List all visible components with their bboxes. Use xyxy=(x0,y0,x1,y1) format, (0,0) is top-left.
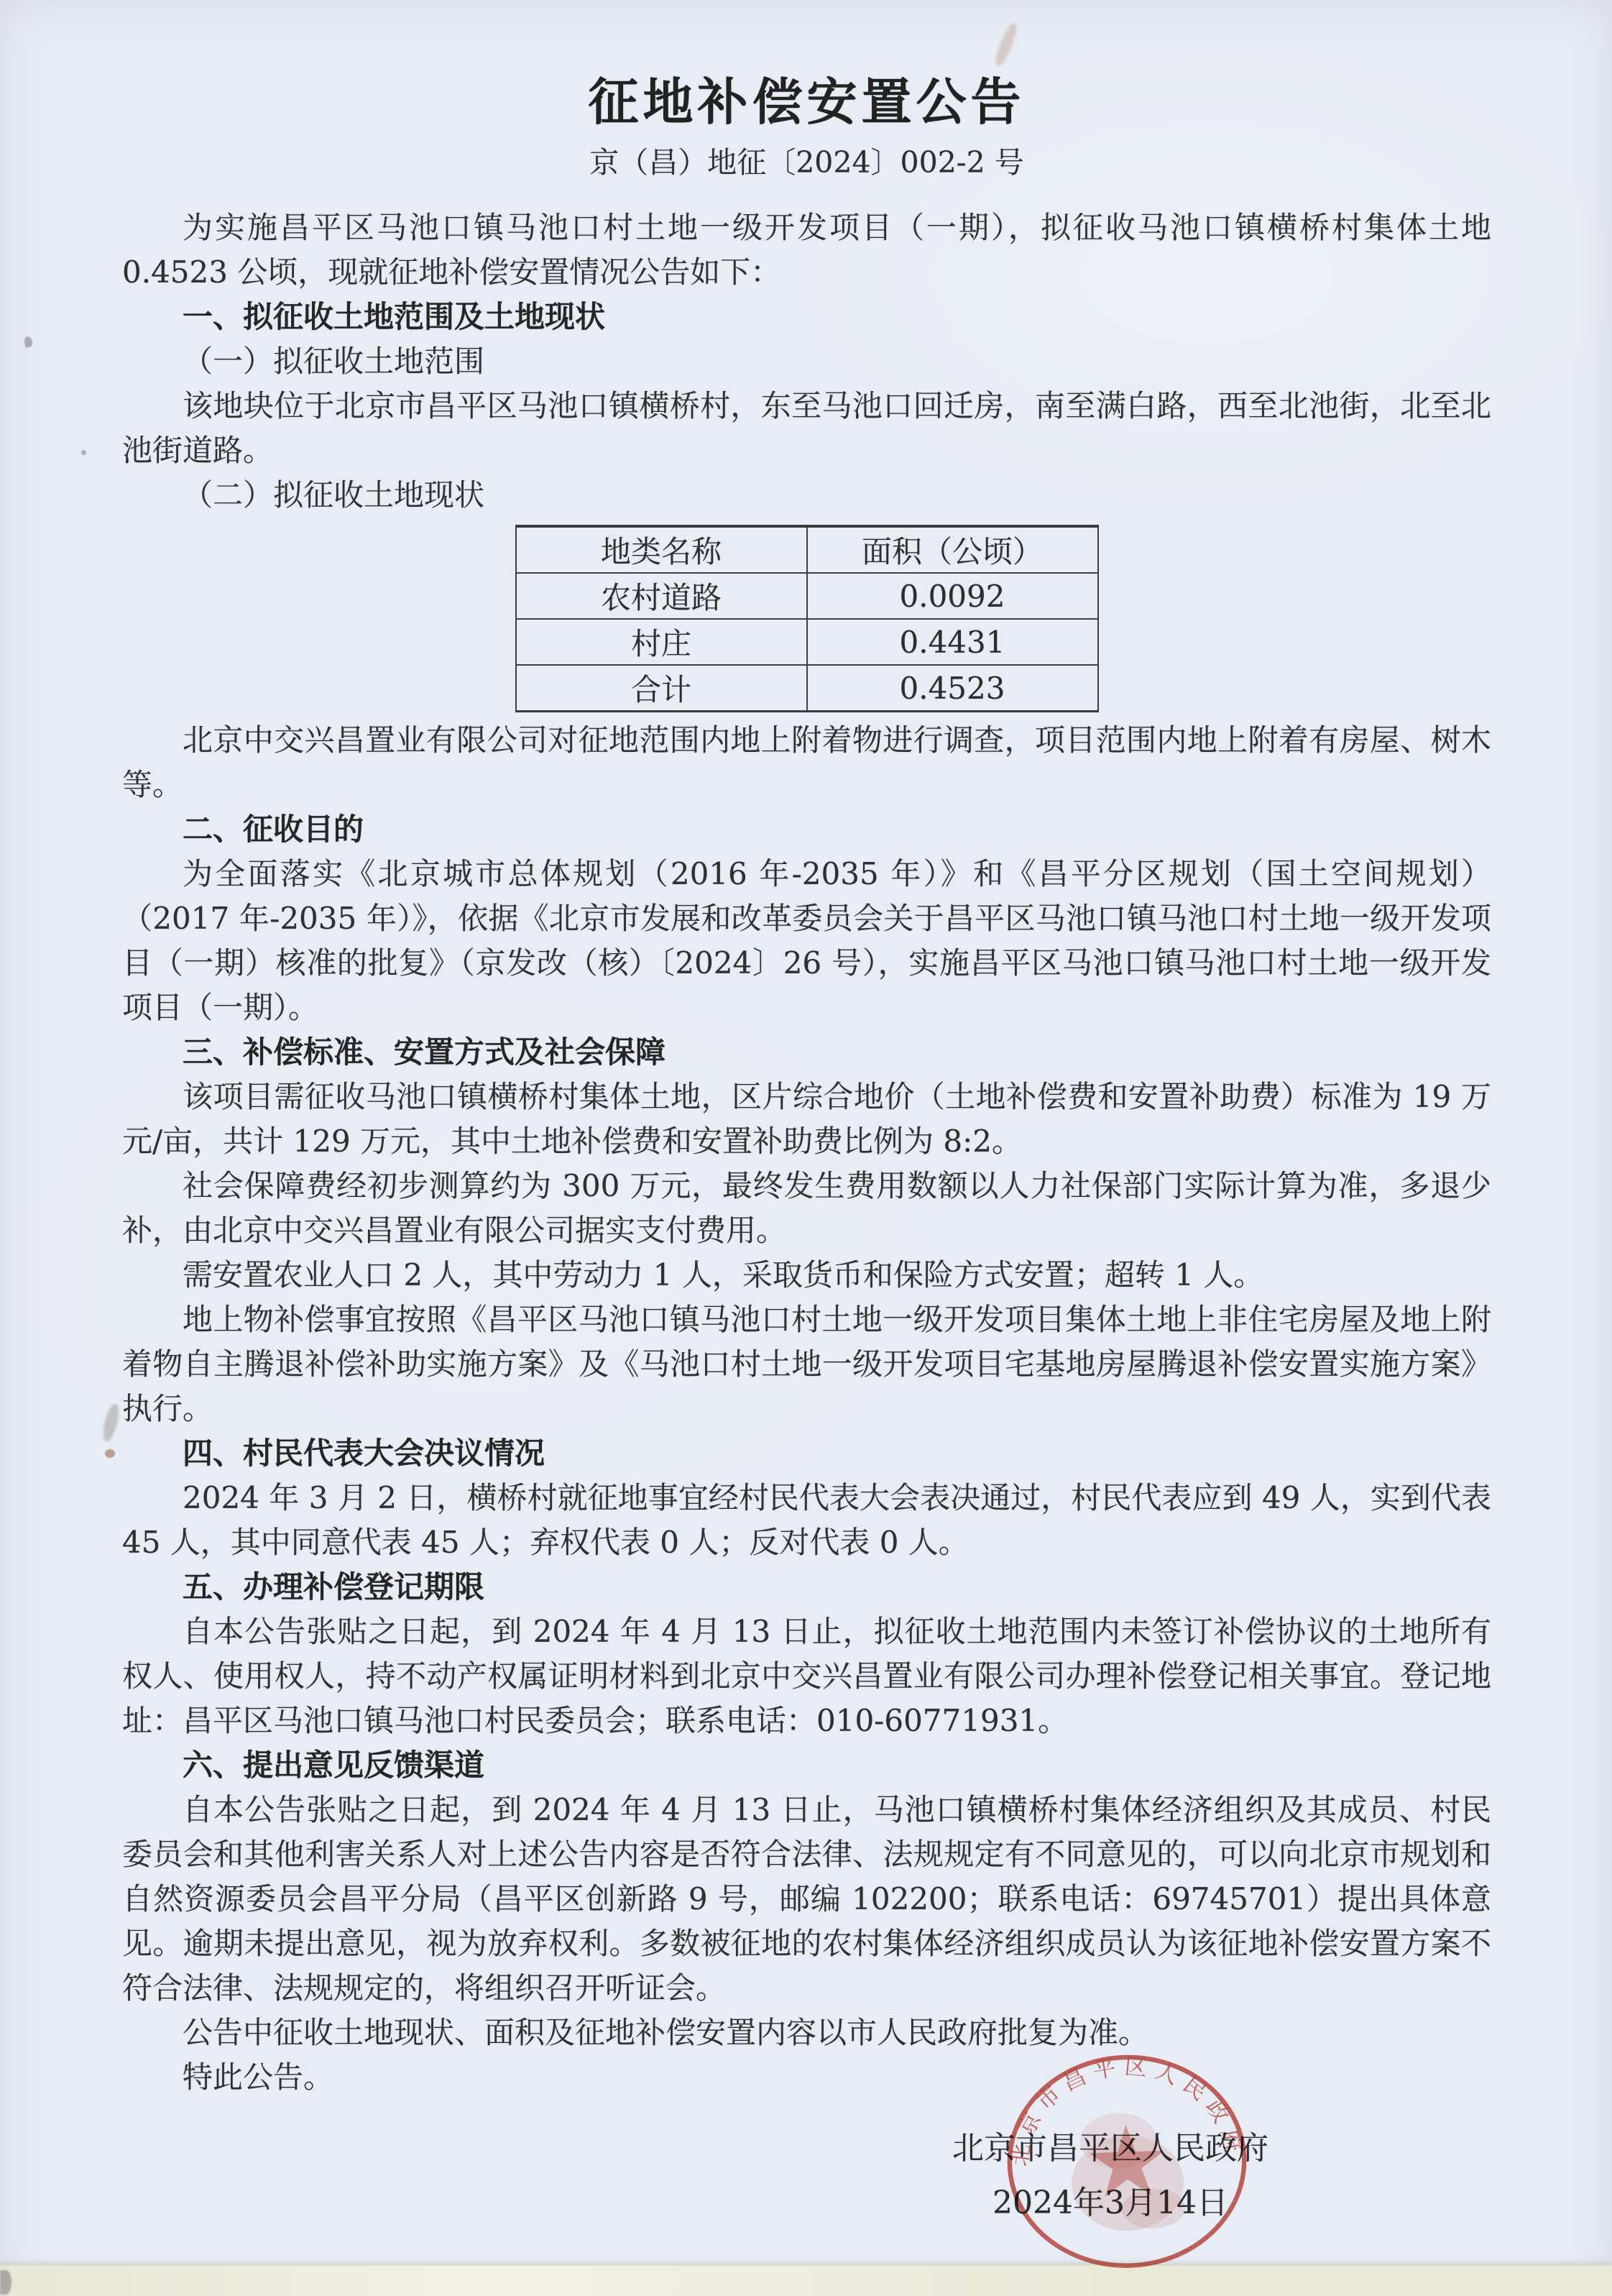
section1-sub2-heading: （二）拟征收土地现状 xyxy=(122,473,1491,518)
section3-paragraph-3: 需安置农业人口 2 人，其中劳动力 1 人，采取货币和保险方式安置；超转 1 人… xyxy=(122,1253,1491,1298)
section4-heading: 四、村民代表大会决议情况 xyxy=(122,1431,1491,1476)
document-number: 京（昌）地征〔2024〕002-2 号 xyxy=(122,139,1491,185)
section2-paragraph: 为全面落实《北京城市总体规划（2016 年-2035 年）》和《昌平分区规划（国… xyxy=(122,852,1491,1030)
table-header-row: 地类名称 面积（公顷） xyxy=(516,526,1098,573)
official-seal: 北京市昌平区人民政府 xyxy=(980,2036,1273,2284)
table-cell-name: 农村道路 xyxy=(516,573,807,619)
table-row: 合计 0.4523 xyxy=(516,665,1098,712)
table-cell-area: 0.4431 xyxy=(807,619,1098,665)
section1-after-table-paragraph: 北京中交兴昌置业有限公司对征地范围内地上附着物进行调查，项目范围内地上附着有房屋… xyxy=(122,718,1491,807)
section6-paragraph: 自本公告张贴之日起，到 2024 年 4 月 13 日止，马池口镇横桥村集体经济… xyxy=(122,1788,1491,2011)
document-content: 征地补偿安置公告 京（昌）地征〔2024〕002-2 号 为实施昌平区马池口镇马… xyxy=(0,0,1612,2231)
section5-paragraph: 自本公告张贴之日起，到 2024 年 4 月 13 日止，拟征收土地范围内未签订… xyxy=(122,1610,1491,1743)
section6-heading: 六、提出意见反馈渠道 xyxy=(122,1743,1491,1788)
table-cell-area: 0.4523 xyxy=(807,665,1098,712)
land-status-table: 地类名称 面积（公顷） 农村道路 0.0092 村庄 0.4431 合计 xyxy=(515,525,1099,712)
table-row: 农村道路 0.0092 xyxy=(516,573,1098,619)
section2-heading: 二、征收目的 xyxy=(122,807,1491,852)
closing-notice-paragraph: 特此公告。 xyxy=(122,2055,1491,2100)
section3-paragraph-2: 社会保障费经初步测算约为 300 万元，最终发生费用数额以人力社保部门实际计算为… xyxy=(122,1164,1491,1253)
section4-paragraph: 2024 年 3 月 2 日，横桥村就征地事宜经村民代表大会表决通过，村民代表应… xyxy=(122,1476,1491,1565)
table-header-cell-area: 面积（公顷） xyxy=(807,526,1098,573)
table-cell-name: 合计 xyxy=(516,665,807,712)
section1-heading: 一、拟征收土地范围及土地现状 xyxy=(122,295,1491,339)
section3-paragraph-4: 地上物补偿事宜按照《昌平区马池口镇马池口村土地一级开发项目集体土地上非住宅房屋及… xyxy=(122,1298,1491,1431)
intro-paragraph: 为实施昌平区马池口镇马池口村土地一级开发项目（一期），拟征收马池口镇横桥村集体土… xyxy=(122,206,1491,295)
scan-background-strip xyxy=(0,2264,1612,2296)
table-header-cell-landtype: 地类名称 xyxy=(516,526,807,573)
document-title: 征地补偿安置公告 xyxy=(122,69,1491,135)
section3-heading: 三、补偿标准、安置方式及社会保障 xyxy=(122,1030,1491,1075)
table-cell-area: 0.0092 xyxy=(807,573,1098,619)
table-row: 村庄 0.4431 xyxy=(516,619,1098,665)
section3-paragraph-1: 该项目需征收马池口镇横桥村集体土地，区片综合地价（土地补偿费和安置补助费）标准为… xyxy=(122,1075,1491,1164)
land-status-table-wrap: 地类名称 面积（公顷） 农村道路 0.0092 村庄 0.4431 合计 xyxy=(122,525,1491,712)
closing-approval-paragraph: 公告中征收土地现状、面积及征地补偿安置内容以市人民政府批复为准。 xyxy=(122,2011,1491,2055)
table-cell-name: 村庄 xyxy=(516,619,807,665)
section1-sub1-heading: （一）拟征收土地范围 xyxy=(122,339,1491,384)
section5-heading: 五、办理补偿登记期限 xyxy=(122,1565,1491,1610)
announcement-page: 征地补偿安置公告 京（昌）地征〔2024〕002-2 号 为实施昌平区马池口镇马… xyxy=(0,0,1612,2296)
section1-sub1-paragraph: 该地块位于北京市昌平区马池口镇横桥村，东至马池口回迁房，南至满白路，西至北池街，… xyxy=(122,384,1491,473)
